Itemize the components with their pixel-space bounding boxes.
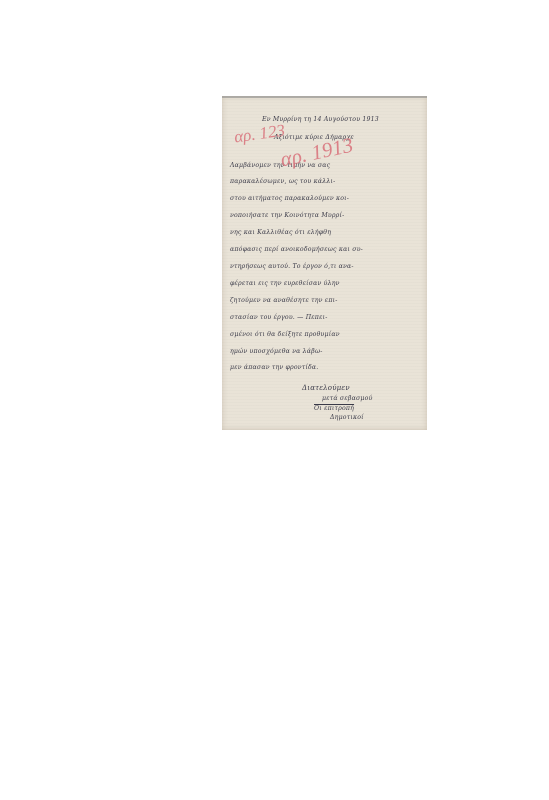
body-line: απόφασις περί ανοικοδομήσεως και συ- bbox=[230, 246, 363, 253]
body-line: ζητούμεν να αναθέσητε την επι- bbox=[230, 297, 338, 304]
archive-number-stamp: αρ. 123 bbox=[233, 121, 286, 148]
body-line: ντηρήσεως αυτού. Το έργον ό,τι ανα- bbox=[230, 263, 354, 270]
body-line: νοποιήσατε την Κοινότητα Μυρρί- bbox=[230, 212, 344, 219]
body-line: νης και Καλλιθέας ότι ελήφθη bbox=[230, 229, 331, 236]
body-line: στασίαν του έργου. — Πεπει- bbox=[230, 314, 328, 321]
letter-page: Εν Μυρρίνη τη 14 Αυγούστου 1913 Αξιότιμε… bbox=[222, 96, 427, 430]
body-line: μεν άπασαν την φροντίδα. bbox=[230, 364, 318, 371]
page-top-edge bbox=[222, 96, 427, 98]
signature-line: μετά σεβασμού bbox=[322, 395, 373, 402]
body-line: παρακαλέσωμεν, ως του κάλλι- bbox=[230, 178, 335, 185]
signature-line: Δημοτικοί bbox=[330, 414, 364, 421]
body-line: στου αιτήματος παρακαλούμεν κοι- bbox=[230, 195, 349, 202]
closing: Διατελούμεν bbox=[302, 384, 350, 392]
body-line: φέρεται εις την ευρεθείσαν ύλην bbox=[230, 280, 340, 287]
body-line: σμένοι ότι θα δείξητε προθυμίαν bbox=[230, 331, 340, 338]
body-line: ημών υποσχόμεθα να λάβω- bbox=[230, 348, 323, 355]
signature-line: Οι επιτροπή bbox=[314, 405, 354, 412]
